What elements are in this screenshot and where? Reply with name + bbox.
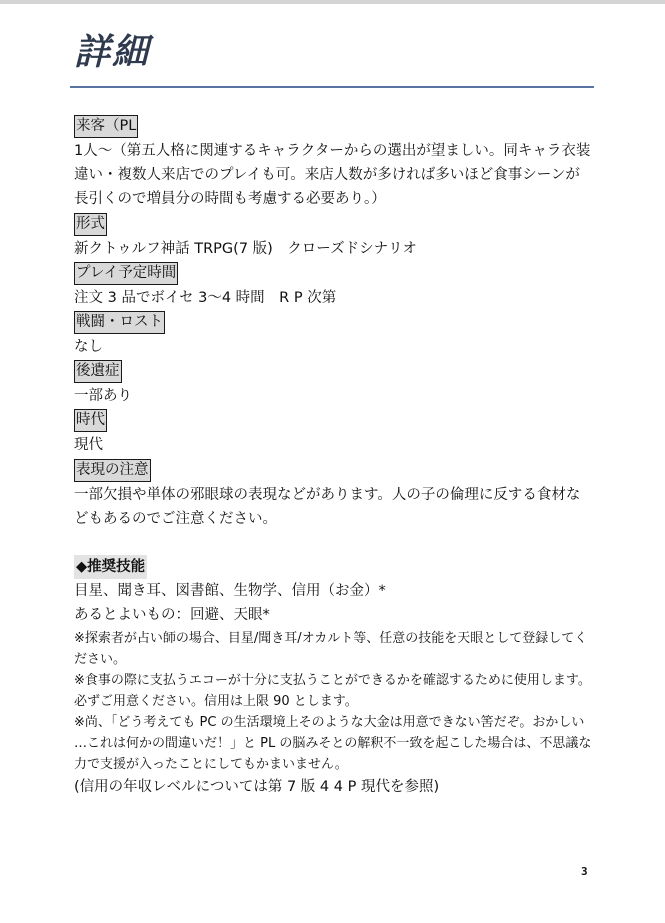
section-text: 一部あり xyxy=(74,384,594,408)
section-era: 時代 現代 xyxy=(74,408,594,457)
section-text: 注文 3 品でボイセ 3～4 時間 R P 次第 xyxy=(74,286,594,310)
section-heading: プレイ予定時間 xyxy=(74,262,178,285)
skills-note: ※尚、「どう考えても PC の生活環境上そのような大金は用意できない筈だぞ。おか… xyxy=(74,712,594,733)
section-text: 違い・複数人来店でのプレイも可。来店人数が多ければ多いほど食事シーンが xyxy=(74,163,594,187)
section-heading: 後遺症 xyxy=(74,360,122,383)
section-text: 一部欠損や単体の邪眼球の表現などがあります。人の子の倫理に反する食材な xyxy=(74,483,594,507)
section-heading: 来客（PL xyxy=(74,115,138,138)
section-text: 現代 xyxy=(74,433,594,457)
page-title: 詳細 xyxy=(74,30,150,74)
skills-note: ださい。 xyxy=(74,649,594,670)
section-format: 形式 新クトゥルフ神話 TRPG(7 版) クローズドシナリオ xyxy=(74,212,594,261)
skills-optional: あるとよいもの：回避、天眼* xyxy=(74,603,594,627)
top-border xyxy=(0,0,665,4)
section-recommended-skills: ◆推奨技能 目星、聞き耳、図書館、生物学、信用（お金）* あるとよいもの：回避、… xyxy=(74,555,594,799)
skills-note: ※探索者が占い師の場合、目星/聞き耳/オカルト等、任意の技能を天眼として登録して… xyxy=(74,628,594,649)
section-heading: 形式 xyxy=(74,213,107,236)
section-text: 新クトゥルフ神話 TRPG(7 版) クローズドシナリオ xyxy=(74,237,594,261)
section-guests: 来客（PL 1人～（第五人格に関連するキャラクターからの選出が望ましい。同キャラ… xyxy=(74,114,594,212)
section-aftereffects: 後遺症 一部あり xyxy=(74,359,594,408)
title-underline xyxy=(70,86,594,88)
section-heading: 戦闘・ロスト xyxy=(74,311,165,334)
page-number: 3 xyxy=(581,865,588,878)
skills-recommended: 目星、聞き耳、図書館、生物学、信用（お金）* xyxy=(74,579,594,603)
section-content-warning: 表現の注意 一部欠損や単体の邪眼球の表現などがあります。人の子の倫理に反する食材… xyxy=(74,458,594,531)
section-text: どもあるのでご注意ください。 xyxy=(74,507,594,531)
section-heading: 表現の注意 xyxy=(74,459,151,482)
section-text: なし xyxy=(74,335,594,359)
skills-note: ※食事の際に支払うエコーが十分に支払うことができるかを確認するために使用します。 xyxy=(74,670,594,691)
skills-note: 力で支援が入ったことにしてもかまいません。 xyxy=(74,754,594,775)
skills-note: …これは何かの間違いだ！」と PL の脳みそとの解釈不一致を起こした場合は、不思… xyxy=(74,733,594,754)
section-text: 長引くので増員分の時間も考慮する必要あり。） xyxy=(74,187,594,211)
document-body: 来客（PL 1人～（第五人格に関連するキャラクターからの選出が望ましい。同キャラ… xyxy=(74,114,594,799)
spacer xyxy=(74,531,594,555)
section-heading: 時代 xyxy=(74,409,107,432)
section-combat-lost: 戦闘・ロスト なし xyxy=(74,310,594,359)
section-text: 1人～（第五人格に関連するキャラクターからの選出が望ましい。同キャラ衣装 xyxy=(74,139,594,163)
skills-heading: ◆推奨技能 xyxy=(74,555,147,579)
skills-note: 必ずご用意ください。信用は上限 90 とします。 xyxy=(74,691,594,712)
skills-reference: (信用の年収レベルについては第 7 版 4 4 P 現代を参照) xyxy=(74,775,594,799)
section-play-time: プレイ予定時間 注文 3 品でボイセ 3～4 時間 R P 次第 xyxy=(74,261,594,310)
